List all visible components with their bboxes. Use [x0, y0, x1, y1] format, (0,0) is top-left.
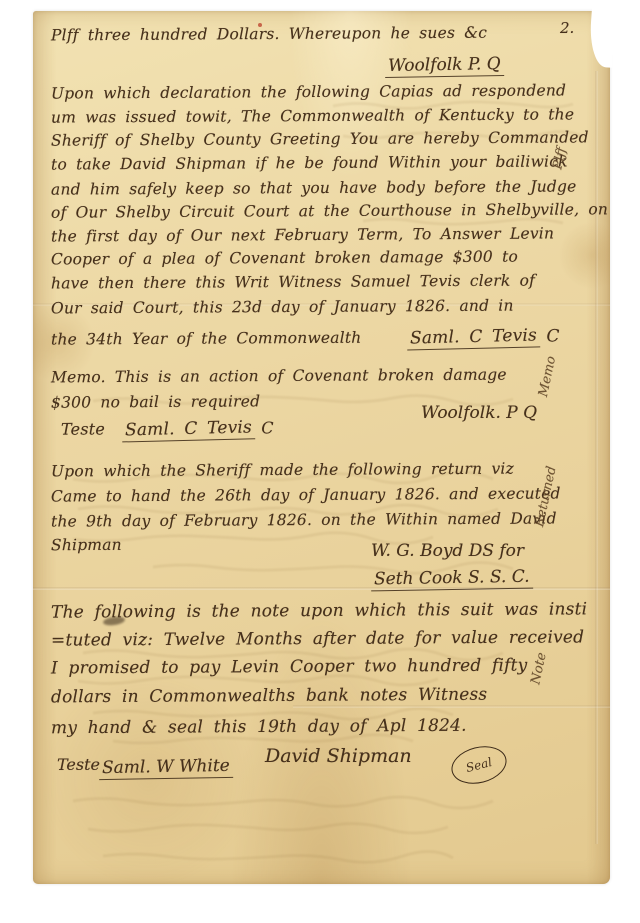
- text-line-note: dollars in Commonwealths bank notes Witn…: [51, 685, 487, 708]
- text-line-capias: Our said Court, this 23d day of January …: [51, 297, 514, 318]
- text-line-opening: Plff three hundred Dollars. Whereupon he…: [51, 24, 487, 45]
- signature-text: Woolfolk P. Q: [385, 54, 504, 78]
- text-line-memo: Memo. This is an action of Covenant brok…: [51, 366, 507, 387]
- text-line-capias: Upon which declaration the following Cap…: [51, 81, 566, 102]
- signature-text: Seth Cook S. S. C.: [371, 567, 533, 592]
- text-line-note: =tuted viz: Twelve Months after date for…: [51, 627, 584, 650]
- text-line-capias: the first day of Our next February Term,…: [51, 224, 554, 245]
- text-line-return: Upon which the Sheriff made the followin…: [51, 460, 514, 481]
- signature-tevis-clerk: Saml. C TevisC: [407, 326, 559, 347]
- signature-deputy-boyd: W. G. Boyd DS for: [371, 541, 524, 561]
- clerk-suffix: C: [546, 326, 559, 346]
- text-line-text: the 34th Year of the Commonwealth: [51, 329, 362, 349]
- text-line-note: I promised to pay Levin Cooper two hundr…: [51, 656, 528, 679]
- text-line-capias: Sheriff of Shelby County Greeting You ar…: [51, 128, 589, 149]
- text-line-capias: have then there this Writ Witness Samuel…: [51, 272, 535, 293]
- text-line-return: the 9th day of February 1826. on the Wit…: [51, 509, 557, 530]
- text-line-return: Came to hand the 26th day of January 182…: [51, 484, 561, 505]
- signature-text: Saml. C Tevis: [407, 325, 540, 350]
- signature-maker-shipman: David Shipman: [265, 745, 412, 767]
- signature-tevis-teste: Saml. C Tevis: [122, 417, 255, 442]
- signature-witness-white: Saml. W White: [99, 757, 233, 779]
- margin-annotation-note: Note: [528, 651, 549, 686]
- page-number: 2.: [560, 19, 574, 37]
- text-line-capias: um was issued towit, The Commonwealth of…: [51, 105, 574, 126]
- teste-suffix: C: [261, 418, 274, 437]
- teste-label-final: Teste: [57, 755, 100, 774]
- fold-crease-vertical: [595, 71, 598, 844]
- signature-woolfolk-2: Woolfolk. P Q: [421, 403, 537, 423]
- text-line-note: my hand & seal this 19th day of Apl 1824…: [51, 716, 467, 739]
- text-line-memo: $300 no bail is required: [51, 392, 260, 411]
- teste-label: Teste: [61, 419, 105, 438]
- signature-text: Saml. W White: [99, 756, 233, 780]
- text-line-return: Shipman: [51, 536, 122, 554]
- teste-line-memo: Teste Saml. C TevisC: [61, 418, 274, 441]
- document-paper: 2. Plff three hundred Dollars. Whereupon…: [33, 11, 610, 884]
- text-line-note: The following is the note upon which thi…: [51, 599, 587, 622]
- text-line-capias-last: the 34th Year of the CommonwealthSaml. C…: [51, 326, 560, 351]
- text-line-capias: Cooper of a plea of Covenant broken dama…: [51, 248, 518, 269]
- seal-mark: Seal: [447, 741, 510, 789]
- text-line-capias: and him safely keep so that you have bod…: [51, 177, 577, 198]
- signature-woolfolk-1: Woolfolk P. Q: [385, 55, 504, 77]
- signature-sheriff-cook: Seth Cook S. S. C.: [371, 568, 533, 590]
- margin-annotation-memo: Memo: [536, 355, 559, 398]
- text-line-capias: to take David Shipman if he be found Wit…: [51, 152, 568, 173]
- text-line-capias: of Our Shelby Circuit Court at the Court…: [51, 200, 608, 221]
- paper-edge-notch: [588, 6, 616, 68]
